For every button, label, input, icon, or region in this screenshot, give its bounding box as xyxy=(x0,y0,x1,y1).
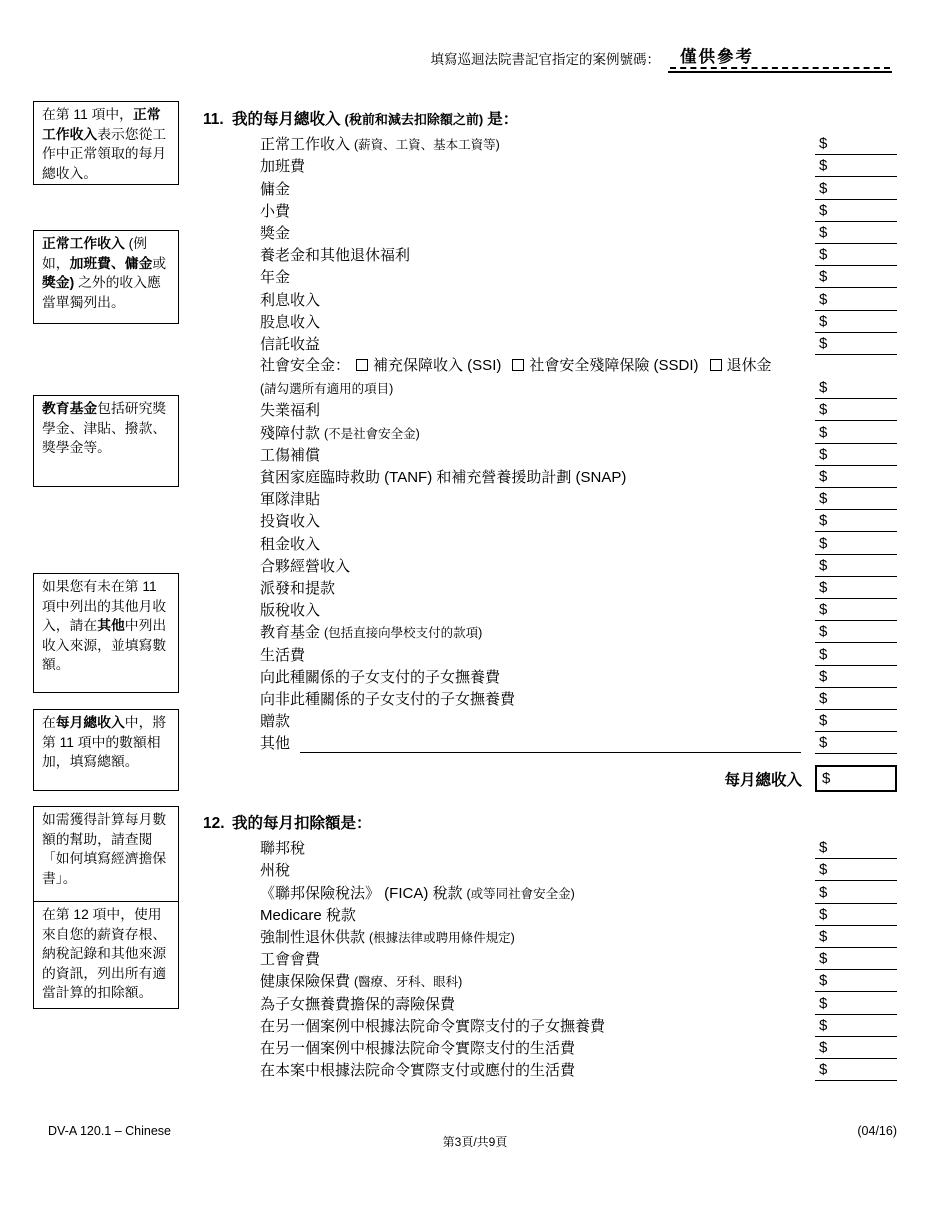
form-row: 合夥經營收入$ xyxy=(203,555,897,577)
row-label-area: 失業福利 xyxy=(203,401,815,421)
note-segment: 正常工作收入 xyxy=(42,236,125,251)
row-label-area: 健康保險保費(醫療、牙科、眼科) xyxy=(203,972,815,992)
note-segment: 教育基金 xyxy=(42,401,97,416)
row-label: 健康保險保費 xyxy=(260,972,350,992)
note-segment: 獎金) xyxy=(42,275,74,290)
row-label: 向非此種關係的子女支付的子女撫養費 xyxy=(260,690,515,710)
row-label-area: 強制性退休供款(根據法律或聘用條件規定) xyxy=(203,928,815,948)
amount-field[interactable]: $ xyxy=(815,179,897,200)
amount-field[interactable]: $ xyxy=(815,883,897,904)
row-label-area: 在另一個案例中根據法院命令實際支付的生活費 xyxy=(203,1039,815,1059)
form-row: 貧困家庭臨時救助 (TANF) 和補充營養援助計劃 (SNAP)$ xyxy=(203,466,897,488)
row-label: 向此種關係的子女支付的子女撫養費 xyxy=(260,668,500,688)
amount-field[interactable]: $ xyxy=(815,134,897,155)
amount-field[interactable]: $ xyxy=(815,556,897,577)
amount-field[interactable]: $ xyxy=(815,511,897,532)
amount-field[interactable]: $ xyxy=(815,312,897,333)
form-row: 傭金$ xyxy=(203,177,897,199)
row-label-area: 贈款 xyxy=(203,712,815,732)
row-label: 養老金和其他退休福利 xyxy=(260,246,410,266)
row-label-area: 在另一個案例中根據法院命令實際支付的子女撫養費 xyxy=(203,1017,815,1037)
check-all-that-apply-note: (請勾選所有適用的項目) xyxy=(203,380,393,399)
row-label: 為子女撫養費擔保的壽險保費 xyxy=(260,995,455,1015)
case-number-underline xyxy=(668,71,892,73)
form-row: 州稅$ xyxy=(203,859,897,881)
row-label-area: 向非此種關係的子女支付的子女撫養費 xyxy=(203,690,815,710)
checkbox-option-label: 社會安全殘障保險 (SSDI) xyxy=(529,357,698,374)
amount-field[interactable]: $ xyxy=(815,400,897,421)
deduction-rows: 聯邦稅$州稅$《聯邦保險稅法》 (FICA) 稅款(或等同社會安全金)$Medi… xyxy=(203,837,897,1081)
row-label: 殘障付款 xyxy=(260,424,320,444)
note-segment: 每月總收入 xyxy=(56,715,125,730)
checkbox-option-label: 補充保障收入 (SSI) xyxy=(373,357,501,374)
checkbox[interactable] xyxy=(512,359,524,371)
row-label: 版稅收入 xyxy=(260,601,320,621)
form-row: 獎金$ xyxy=(203,222,897,244)
form-row: 殘障付款(不是社會安全金)$ xyxy=(203,421,897,443)
form-row: 失業福利$ xyxy=(203,399,897,421)
row-label-area: 工會會費 xyxy=(203,950,815,970)
row-label-area: 《聯邦保險稅法》 (FICA) 稅款(或等同社會安全金) xyxy=(203,884,815,904)
sidebar-note: 如需獲得計算每月數額的幫助，請查閱「如何填寫經濟擔保書」。 xyxy=(33,806,179,902)
row-label-area: 其他 xyxy=(203,734,815,754)
note-segment: 在 xyxy=(42,715,56,730)
row-label-area: 殘障付款(不是社會安全金) xyxy=(203,424,815,444)
case-number-field[interactable]: 僅供參考 xyxy=(668,42,892,73)
amount-field[interactable]: $ xyxy=(815,838,897,859)
note-segment: 在第 12 項中，使用來自您的薪資存根、納稅記錄和其他來源的資訊，列出所有適當計… xyxy=(42,907,166,1000)
row-label: 失業福利 xyxy=(260,401,320,421)
row-label: 贈款 xyxy=(260,712,290,732)
form-row: 生活費$ xyxy=(203,643,897,665)
row-label: Medicare 稅款 xyxy=(260,906,356,926)
row-label: 聯邦稅 xyxy=(260,839,305,859)
amount-field[interactable]: $ xyxy=(815,733,897,754)
row-label-area: 在本案中根據法院命令實際支付或應付的生活費 xyxy=(203,1061,815,1081)
amount-field[interactable]: $ xyxy=(815,645,897,666)
form-row: 《聯邦保險稅法》 (FICA) 稅款(或等同社會安全金)$ xyxy=(203,881,897,903)
row-label-area: 信託收益 xyxy=(203,335,815,355)
row-label-area: 投資收入 xyxy=(203,512,815,532)
row-label: 在另一個案例中根據法院命令實際支付的子女撫養費 xyxy=(260,1017,605,1037)
row-label-area: 生活費 xyxy=(203,646,815,666)
row-label: 加班費 xyxy=(260,157,305,177)
form-row: 向非此種關係的子女支付的子女撫養費$ xyxy=(203,688,897,710)
row-label: 租金收入 xyxy=(260,535,320,555)
form-row: 向此種關係的子女支付的子女撫養費$ xyxy=(203,666,897,688)
amount-field[interactable]: $ xyxy=(815,201,897,222)
sidebar-note: 教育基金包括研究獎學金、津貼、撥款、獎學金等。 xyxy=(33,395,179,487)
form-row: 投資收入$ xyxy=(203,510,897,532)
row-label: 正常工作收入 xyxy=(260,135,350,155)
row-label-area: 州稅 xyxy=(203,861,815,881)
row-label: 貧困家庭臨時救助 (TANF) 和補充營養援助計劃 (SNAP) xyxy=(260,468,626,488)
row-label: 教育基金 xyxy=(260,623,320,643)
form-row: 在另一個案例中根據法院命令實際支付的子女撫養費$ xyxy=(203,1015,897,1037)
checkbox[interactable] xyxy=(710,359,722,371)
note-segment: 如需獲得計算每月數額的幫助，請查閱「如何填寫經濟擔保書」。 xyxy=(42,812,166,886)
amount-field[interactable]: $ xyxy=(815,423,897,444)
amount-field[interactable]: $ xyxy=(815,223,897,244)
form-row: 軍隊津貼$ xyxy=(203,488,897,510)
row-label: 其他 xyxy=(260,734,290,754)
row-label: 利息收入 xyxy=(260,291,320,311)
row-label: 州稅 xyxy=(260,861,290,881)
form-row: 加班費$ xyxy=(203,155,897,177)
amount-field[interactable]: $ xyxy=(815,290,897,311)
row-label: 信託收益 xyxy=(260,335,320,355)
row-label: 在本案中根據法院命令實際支付或應付的生活費 xyxy=(260,1061,575,1081)
row-label-note: (不是社會安全金) xyxy=(324,425,420,444)
form-row: 在本案中根據法院命令實際支付或應付的生活費$ xyxy=(203,1059,897,1081)
form-row: 教育基金(包括直接向學校支付的款項)$ xyxy=(203,621,897,643)
form-row: 其他$ xyxy=(203,732,897,754)
row-label-area: 年金 xyxy=(203,268,815,288)
row-label-area: 貧困家庭臨時救助 (TANF) 和補充營養援助計劃 (SNAP) xyxy=(203,468,815,488)
section-monthly-deductions: 12. 我的每月扣除額是： 聯邦稅$州稅$《聯邦保險稅法》 (FICA) 稅款(… xyxy=(203,811,897,1081)
amount-field[interactable]: $ xyxy=(815,378,897,399)
row-label: 合夥經營收入 xyxy=(260,557,350,577)
social-security-note-line: (請勾選所有適用的項目)$ xyxy=(203,377,897,399)
amount-field[interactable]: $ xyxy=(815,489,897,510)
row-label-area: 教育基金(包括直接向學校支付的款項) xyxy=(203,623,815,643)
row-label: 投資收入 xyxy=(260,512,320,532)
row-label: 工傷補償 xyxy=(260,446,320,466)
monthly-total-income-field[interactable]: $ xyxy=(815,765,897,792)
row-label-note: (或等同社會安全金) xyxy=(467,885,575,904)
section-11-title-suffix: 是： xyxy=(487,107,518,133)
sidebar-note: 如果您有未在第 11 項中列出的其他月收入，請在其他中列出收入來源，並填寫數額。 xyxy=(33,573,179,693)
row-label: 小費 xyxy=(260,202,290,222)
form-row: 股息收入$ xyxy=(203,311,897,333)
form-row: 利息收入$ xyxy=(203,288,897,310)
form-row: 信託收益$ xyxy=(203,333,897,355)
section-11-title: 我的每月總收入 xyxy=(232,107,341,133)
row-label-area: 加班費 xyxy=(203,157,815,177)
row-label: 生活費 xyxy=(260,646,305,666)
row-label: 股息收入 xyxy=(260,313,320,333)
form-row: 養老金和其他退休福利$ xyxy=(203,244,897,266)
amount-field[interactable]: $ xyxy=(815,994,897,1015)
section-12-number: 12. xyxy=(203,811,232,837)
amount-field[interactable]: $ xyxy=(815,949,897,970)
case-number-dashed-line xyxy=(670,67,890,69)
income-row-social-security: 社會安全金：補充保障收入 (SSI)社會安全殘障保險 (SSDI)退休金(請勾選… xyxy=(203,355,897,399)
row-label: 年金 xyxy=(260,268,290,288)
form-row: 小費$ xyxy=(203,200,897,222)
section-11-heading: 11. 我的每月總收入 (稅前和減去扣除額之前) 是： xyxy=(203,107,897,133)
section-monthly-gross-income: 11. 我的每月總收入 (稅前和減去扣除額之前) 是： 正常工作收入(薪資、工資… xyxy=(203,107,897,792)
row-label: 派發和提款 xyxy=(260,579,335,599)
form-row: 強制性退休供款(根據法律或聘用條件規定)$ xyxy=(203,926,897,948)
row-label: 傭金 xyxy=(260,180,290,200)
amount-field[interactable]: $ xyxy=(815,245,897,266)
row-label-note: (醫療、牙科、眼科) xyxy=(354,973,462,992)
row-label-note: (根據法律或聘用條件規定) xyxy=(369,929,515,948)
form-row: 租金收入$ xyxy=(203,532,897,554)
section-11-number: 11. xyxy=(203,107,232,133)
form-row: 為子女撫養費擔保的壽險保費$ xyxy=(203,992,897,1014)
section-12-heading: 12. 我的每月扣除額是： xyxy=(203,811,897,837)
reference-only-stamp: 僅供參考 xyxy=(680,43,754,67)
form-page: 填寫巡迴法院書記官指定的案例號碼： 僅供參考 在第 11 項中，正常工作收入表示… xyxy=(0,0,950,1230)
sidebar-note: 在每月總收入中，將第 11 項中的數額相加，填寫總額。 xyxy=(33,709,179,791)
row-label-area: 小費 xyxy=(203,202,815,222)
row-label-area: 傭金 xyxy=(203,180,815,200)
note-segment: 加班費、傭金 xyxy=(70,256,153,271)
row-label-area: 聯邦稅 xyxy=(203,839,815,859)
row-label-area: 軍隊津貼 xyxy=(203,490,815,510)
form-row: 年金$ xyxy=(203,266,897,288)
income-rows: 正常工作收入(薪資、工資、基本工資等)$加班費$傭金$小費$獎金$養老金和其他退… xyxy=(203,133,897,754)
row-label-area: 股息收入 xyxy=(203,313,815,333)
amount-field[interactable]: $ xyxy=(815,1038,897,1059)
amount-field[interactable]: $ xyxy=(815,927,897,948)
form-row: 派發和提款$ xyxy=(203,577,897,599)
row-label-area: 合夥經營收入 xyxy=(203,557,815,577)
amount-field[interactable]: $ xyxy=(815,689,897,710)
amount-field[interactable]: $ xyxy=(815,467,897,488)
row-label-note: (薪資、工資、基本工資等) xyxy=(354,136,500,155)
row-label: 在另一個案例中根據法院命令實際支付的生活費 xyxy=(260,1039,575,1059)
section-12-title: 我的每月扣除額是： xyxy=(232,811,372,837)
row-label-note: (包括直接向學校支付的款項) xyxy=(324,624,482,643)
case-number-header: 填寫巡迴法院書記官指定的案例號碼： 僅供參考 xyxy=(431,42,893,73)
row-label-area: 獎金 xyxy=(203,224,815,244)
row-label: 《聯邦保險稅法》 (FICA) 稅款 xyxy=(260,884,463,904)
row-label-area: 派發和提款 xyxy=(203,579,815,599)
row-label-area: 利息收入 xyxy=(203,291,815,311)
section-11-title-paren: (稅前和減去扣除額之前) xyxy=(345,107,484,133)
row-label-area: 版稅收入 xyxy=(203,601,815,621)
amount-field[interactable]: $ xyxy=(815,971,897,992)
amount-field[interactable]: $ xyxy=(815,534,897,555)
monthly-total-income-row: 每月總收入 $ xyxy=(203,765,897,792)
sidebar-note: 在第 12 項中，使用來自您的薪資存根、納稅記錄和其他來源的資訊，列出所有適當計… xyxy=(33,902,179,1009)
amount-field[interactable]: $ xyxy=(815,711,897,732)
social-security-options-line: 社會安全金：補充保障收入 (SSI)社會安全殘障保險 (SSDI)退休金 xyxy=(203,355,897,377)
form-row: 版稅收入$ xyxy=(203,599,897,621)
form-revision-date: (04/16) xyxy=(857,1124,897,1138)
sidebar-note: 在第 11 項中，正常工作收入表示您從工作中正常領取的每月總收入。 xyxy=(33,101,179,185)
row-label: 工會會費 xyxy=(260,950,320,970)
row-label-area: 租金收入 xyxy=(203,535,815,555)
row-label: 獎金 xyxy=(260,224,290,244)
amount-field[interactable]: $ xyxy=(815,622,897,643)
amount-field[interactable]: $ xyxy=(815,600,897,621)
row-label-area: Medicare 稅款 xyxy=(203,906,815,926)
other-income-write-in-line[interactable] xyxy=(300,734,801,753)
form-row: 聯邦稅$ xyxy=(203,837,897,859)
checkbox-option-label: 退休金 xyxy=(727,357,772,374)
row-label-area: 向此種關係的子女支付的子女撫養費 xyxy=(203,668,815,688)
row-label: 軍隊津貼 xyxy=(260,490,320,510)
amount-field[interactable]: $ xyxy=(815,667,897,688)
row-label-area: 養老金和其他退休福利 xyxy=(203,246,815,266)
amount-field[interactable]: $ xyxy=(815,905,897,926)
form-row: 工會會費$ xyxy=(203,948,897,970)
row-label-area: 為子女撫養費擔保的壽險保費 xyxy=(203,995,815,1015)
amount-field[interactable]: $ xyxy=(815,156,897,177)
amount-field[interactable]: $ xyxy=(815,334,897,355)
page-number: 第3頁/共9頁 xyxy=(0,1133,950,1150)
row-label: 強制性退休供款 xyxy=(260,928,365,948)
note-segment: 在第 11 項中， xyxy=(42,107,133,122)
row-label: 社會安全金： xyxy=(260,357,350,374)
checkbox[interactable] xyxy=(356,359,368,371)
row-label-area: 工傷補償 xyxy=(203,446,815,466)
amount-field[interactable]: $ xyxy=(815,1060,897,1081)
form-row: 贈款$ xyxy=(203,710,897,732)
sidebar-note: 正常工作收入 (例如，加班費、傭金或獎金) 之外的收入應當單獨列出。 xyxy=(33,230,179,324)
monthly-total-income-label: 每月總收入 xyxy=(724,768,802,790)
form-row: 在另一個案例中根據法院命令實際支付的生活費$ xyxy=(203,1037,897,1059)
note-segment: 或 xyxy=(152,256,166,271)
note-segment: 其他 xyxy=(97,618,125,633)
form-row: 工傷補償$ xyxy=(203,444,897,466)
amount-field[interactable]: $ xyxy=(815,267,897,288)
amount-field[interactable]: $ xyxy=(815,578,897,599)
form-row: 健康保險保費(醫療、牙科、眼科)$ xyxy=(203,970,897,992)
row-label-area: 正常工作收入(薪資、工資、基本工資等) xyxy=(203,135,815,155)
case-number-label: 填寫巡迴法院書記官指定的案例號碼： xyxy=(431,51,661,73)
amount-field[interactable]: $ xyxy=(815,860,897,881)
form-row: Medicare 稅款$ xyxy=(203,904,897,926)
amount-field[interactable]: $ xyxy=(815,1016,897,1037)
amount-field[interactable]: $ xyxy=(815,445,897,466)
form-row: 正常工作收入(薪資、工資、基本工資等)$ xyxy=(203,133,897,155)
